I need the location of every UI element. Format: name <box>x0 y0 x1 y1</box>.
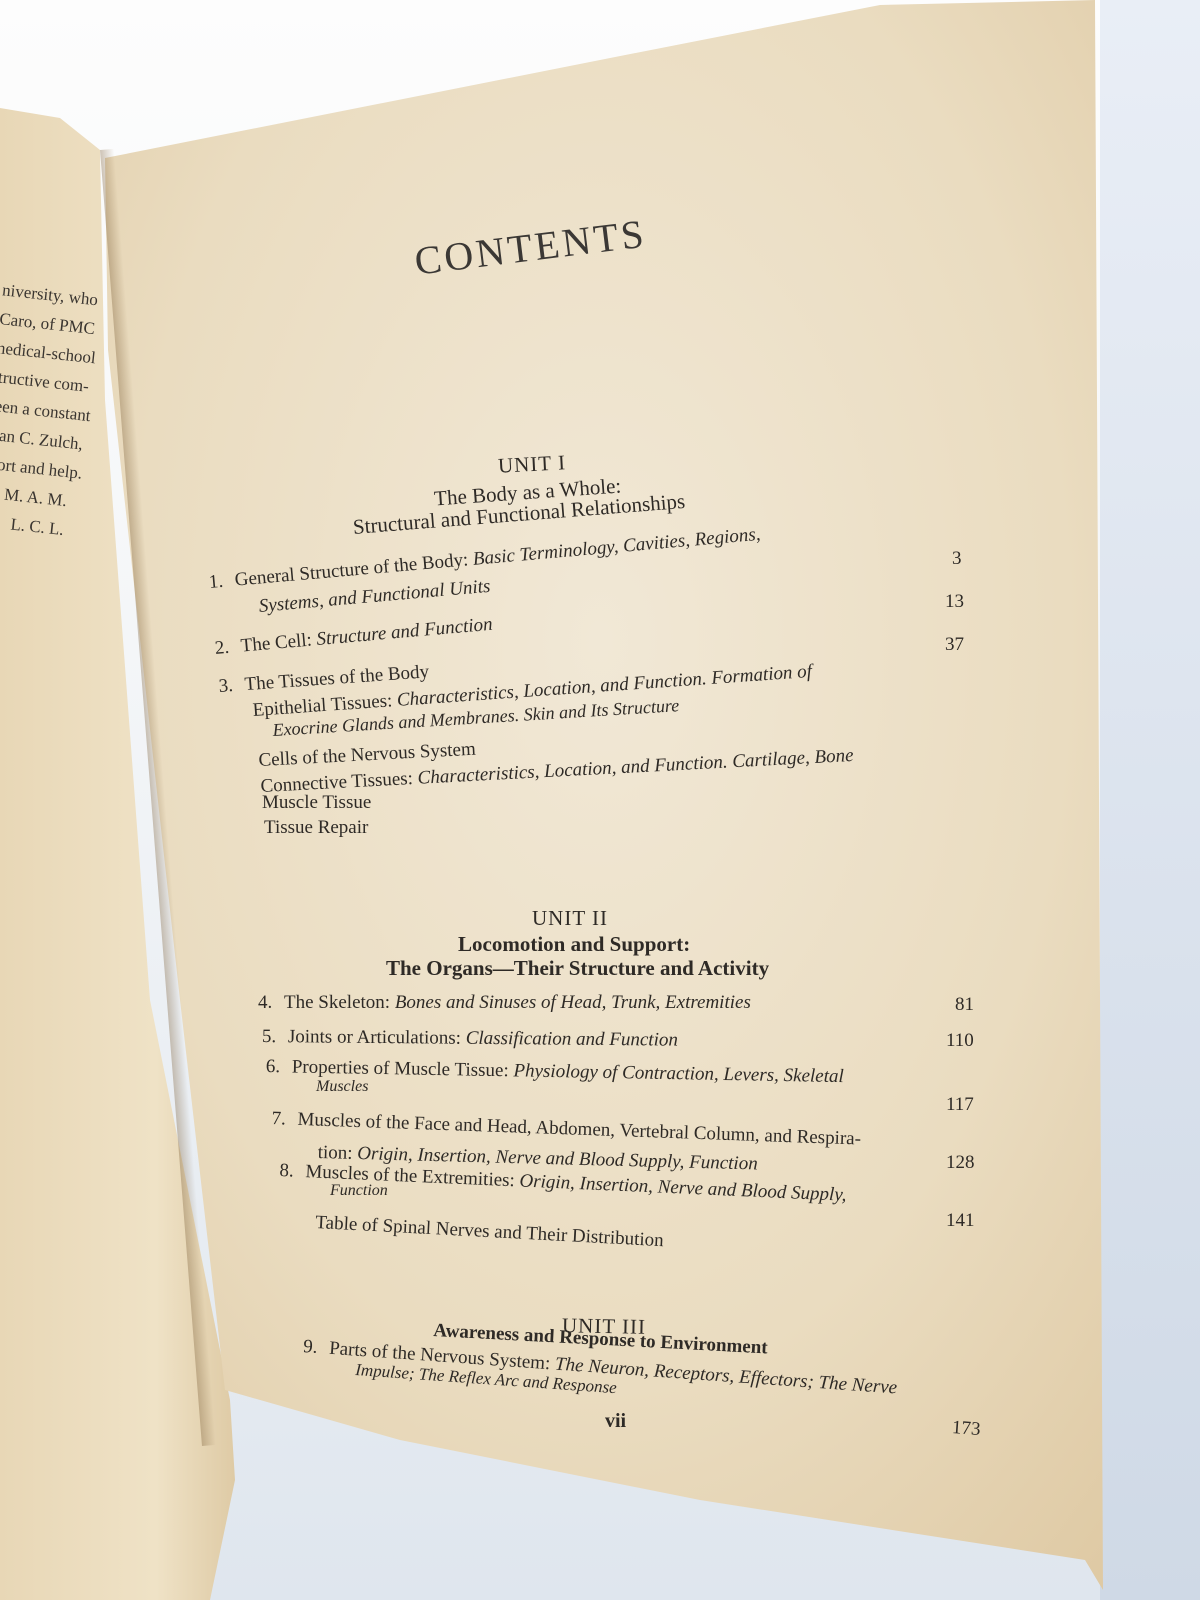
folio-page-number: vii <box>605 1410 626 1433</box>
page-number: 173 <box>951 1417 981 1441</box>
toc-entry-continued: Muscles <box>316 1078 368 1096</box>
page-number: 128 <box>946 1152 975 1174</box>
unit-label: UNIT I <box>497 450 566 479</box>
unit-label: UNIT II <box>532 906 608 931</box>
page-number: 110 <box>946 1030 974 1052</box>
toc-entry-continued: Function <box>330 1182 388 1200</box>
page-number: 81 <box>955 994 974 1016</box>
page-number: 37 <box>945 634 964 656</box>
toc-entry: 4.The Skeleton: Bones and Sinuses of Hea… <box>258 992 751 1014</box>
page-number: 141 <box>946 1210 975 1232</box>
toc-subentry: Tissue Repair <box>264 817 368 839</box>
page-number: 117 <box>946 1094 974 1116</box>
contents-page: CONTENTS UNIT I The Body as a Whole: Str… <box>0 0 1200 1600</box>
toc-entry: 5.Joints or Articulations: Classificatio… <box>262 1026 678 1052</box>
page-number: 13 <box>945 591 964 613</box>
unit-subtitle: The Organs—Their Structure and Activity <box>386 956 769 981</box>
page-title: CONTENTS <box>412 210 649 285</box>
toc-subentry: Muscle Tissue <box>262 792 371 814</box>
unit-subtitle: Locomotion and Support: <box>458 932 690 957</box>
page-number: 3 <box>952 548 962 570</box>
toc-entry: Table of Spinal Nerves and Their Distrib… <box>315 1212 664 1252</box>
toc-entry: 2.The Cell: Structure and Function <box>214 614 493 660</box>
